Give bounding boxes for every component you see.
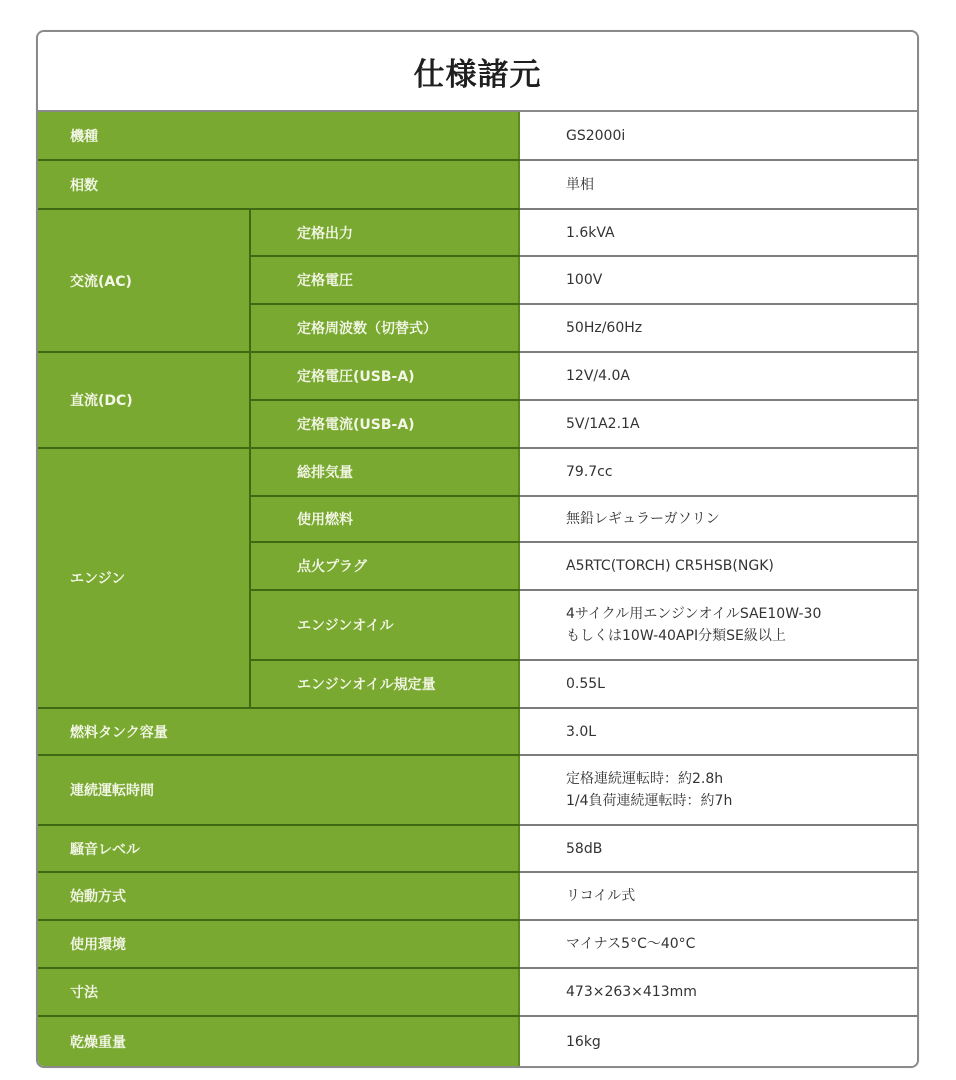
row-value: GS2000i — [519, 112, 917, 160]
row-label: 連続運転時間 — [38, 755, 519, 825]
table-row: 相数 単相 — [38, 160, 917, 209]
group-label-ac: 交流(AC) — [38, 209, 250, 352]
row-label: 騒音レベル — [38, 825, 519, 872]
table-row: 寸法 473×263×413mm — [38, 968, 917, 1016]
row-label: エンジンオイル規定量 — [250, 660, 519, 708]
row-label: エンジンオイル — [250, 590, 519, 660]
value-line: もしくは10W-40API分類SE級以上 — [566, 625, 917, 647]
value-line: 定格連続運転時：約2.8h — [566, 768, 917, 790]
page-title: 仕様諸元 — [414, 49, 542, 94]
row-label: 始動方式 — [38, 872, 519, 920]
row-label: 定格電圧(USB-A) — [250, 352, 519, 400]
row-value: 58dB — [519, 825, 917, 872]
group-label-engine: エンジン — [38, 448, 250, 708]
row-label: 定格電流(USB-A) — [250, 400, 519, 448]
row-value: 5V/1A2.1A — [519, 400, 917, 448]
table-row: 直流(DC) 定格電圧(USB-A) 12V/4.0A — [38, 352, 917, 400]
row-label: 乾燥重量 — [38, 1016, 519, 1066]
row-value: 4サイクル用エンジンオイルSAE10W-30 もしくは10W-40API分類SE… — [519, 590, 917, 660]
spec-card: 仕様諸元 機種 GS2000i 相数 単相 交流(AC) 定格出力 1.6kVA — [36, 30, 919, 1068]
row-label: 使用環境 — [38, 920, 519, 968]
row-label: 機種 — [38, 112, 519, 160]
row-value: A5RTC(TORCH) CR5HSB(NGK) — [519, 542, 917, 590]
value-line: 4サイクル用エンジンオイルSAE10W-30 — [566, 603, 917, 625]
row-value: 473×263×413mm — [519, 968, 917, 1016]
table-row: 始動方式 リコイル式 — [38, 872, 917, 920]
row-value: 3.0L — [519, 708, 917, 755]
spec-table: 機種 GS2000i 相数 単相 交流(AC) 定格出力 1.6kVA 定格電圧… — [38, 112, 917, 1066]
row-value: 無鉛レギュラーガソリン — [519, 496, 917, 542]
row-value: 定格連続運転時：約2.8h 1/4負荷連続運転時：約7h — [519, 755, 917, 825]
row-label: 定格電圧 — [250, 256, 519, 304]
row-value: 16kg — [519, 1016, 917, 1066]
table-row: 交流(AC) 定格出力 1.6kVA — [38, 209, 917, 256]
row-label: 寸法 — [38, 968, 519, 1016]
row-value: マイナス5°C〜40°C — [519, 920, 917, 968]
table-row: 燃料タンク容量 3.0L — [38, 708, 917, 755]
row-label: 総排気量 — [250, 448, 519, 496]
title-bar: 仕様諸元 — [38, 32, 917, 112]
row-value: 79.7cc — [519, 448, 917, 496]
row-label: 燃料タンク容量 — [38, 708, 519, 755]
row-value: 100V — [519, 256, 917, 304]
row-label: 定格周波数（切替式） — [250, 304, 519, 352]
value-line: 1/4負荷連続運転時：約7h — [566, 790, 917, 812]
row-value: 1.6kVA — [519, 209, 917, 256]
row-value: 12V/4.0A — [519, 352, 917, 400]
row-value: リコイル式 — [519, 872, 917, 920]
table-row: 使用環境 マイナス5°C〜40°C — [38, 920, 917, 968]
row-label: 相数 — [38, 160, 519, 209]
group-label-dc: 直流(DC) — [38, 352, 250, 448]
table-row: 騒音レベル 58dB — [38, 825, 917, 872]
row-label: 使用燃料 — [250, 496, 519, 542]
table-row: 乾燥重量 16kg — [38, 1016, 917, 1066]
table-row: 連続運転時間 定格連続運転時：約2.8h 1/4負荷連続運転時：約7h — [38, 755, 917, 825]
row-value: 50Hz/60Hz — [519, 304, 917, 352]
row-value: 単相 — [519, 160, 917, 209]
row-label: 定格出力 — [250, 209, 519, 256]
table-row: 機種 GS2000i — [38, 112, 917, 160]
table-row: エンジン 総排気量 79.7cc — [38, 448, 917, 496]
row-label: 点火プラグ — [250, 542, 519, 590]
row-value: 0.55L — [519, 660, 917, 708]
